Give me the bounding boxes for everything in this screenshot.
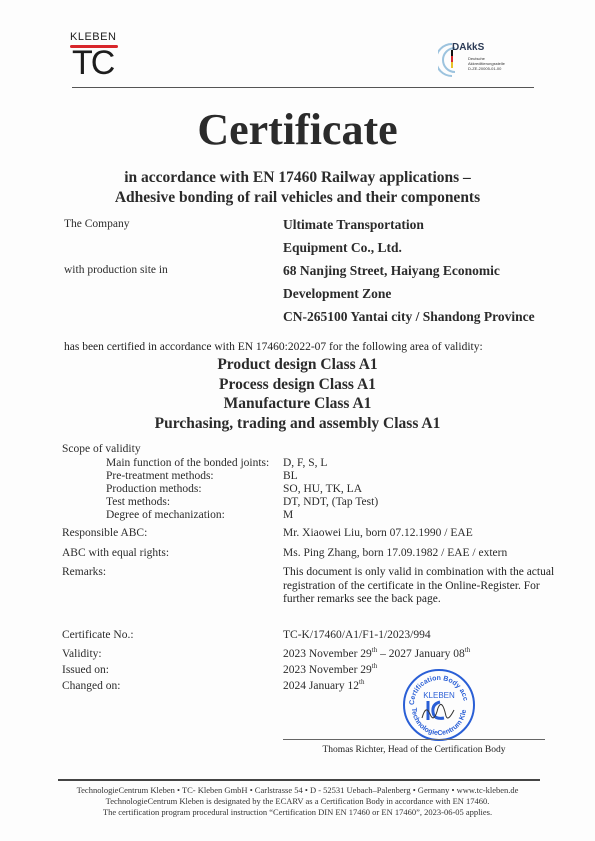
scope-item-value: DT, NDT, (Tap Test) <box>283 496 378 508</box>
changed-label: Changed on: <box>62 680 120 692</box>
issued-date: 2023 November 29 <box>283 664 372 676</box>
responsible-label: Responsible ABC: <box>62 527 147 539</box>
company-name-line-2: Equipment Co., Ltd. <box>283 240 402 256</box>
validity-from: 2023 November 29 <box>283 648 372 660</box>
address-line-1: 68 Nanjing Street, Haiyang Economic <box>283 263 500 279</box>
footer-line-1: TechnologieCentrum Kleben • TC- Kleben G… <box>0 785 595 796</box>
remarks-value: This document is only valid in combinati… <box>283 566 563 607</box>
dakks-line3: D-ZE-20005-01-00 <box>468 66 505 71</box>
footer-divider <box>58 779 540 781</box>
scope-item-value: D, F, S, L <box>283 457 327 469</box>
subtitle-line-2: Adhesive bonding of rail vehicles and th… <box>0 188 595 208</box>
scope-item-label: Degree of mechanization: <box>106 509 225 521</box>
class-item: Product design Class A1 <box>0 355 595 375</box>
equal-rights-value: Ms. Ping Zhang, born 17.09.1982 / EAE / … <box>283 547 507 559</box>
class-item: Purchasing, trading and assembly Class A… <box>0 414 595 434</box>
equal-rights-label: ABC with equal rights: <box>62 547 169 559</box>
footer: TechnologieCentrum Kleben • TC- Kleben G… <box>0 785 595 818</box>
page-title: Certificate <box>0 104 595 155</box>
scope-item-label: Main function of the bonded joints: <box>106 457 269 469</box>
signature-line <box>283 739 545 740</box>
dakks-subtext: Deutsche Akkreditierungsstelle D-ZE-2000… <box>468 56 505 71</box>
class-item: Manufacture Class A1 <box>0 394 595 414</box>
svg-text:KLEBEN: KLEBEN <box>423 691 455 700</box>
validity-to: 2027 January 08 <box>389 648 465 660</box>
certificate-no-value: TC-K/17460/A1/F1-1/2023/994 <box>283 629 431 641</box>
address-line-3: CN-265100 Yantai city / Shandong Provinc… <box>283 309 535 325</box>
scope-item-value: SO, HU, TK, LA <box>283 483 362 495</box>
footer-line-2: TechnologieCentrum Kleben is designated … <box>0 796 595 807</box>
issued-label: Issued on: <box>62 664 109 676</box>
subtitle-line-1: in accordance with EN 17460 Railway appl… <box>0 168 595 188</box>
validity-value: 2023 November 29th – 2027 January 08th <box>283 648 470 660</box>
validity-label: Validity: <box>62 648 102 660</box>
scope-label: Scope of validity <box>62 443 141 455</box>
ordinal: th <box>372 662 377 670</box>
dakks-name: DAkkS <box>452 42 484 53</box>
class-list: Product design Class A1 Process design C… <box>0 355 595 433</box>
changed-value: 2024 January 12th <box>283 680 364 692</box>
tc-logo-mark: TC <box>72 44 113 83</box>
certificate-no-label: Certificate No.: <box>62 629 134 641</box>
kleben-logo-word: KLEBEN <box>70 31 116 43</box>
scope-item-label: Pre-treatment methods: <box>106 470 214 482</box>
issued-value: 2023 November 29th <box>283 664 377 676</box>
certification-stamp-icon: Certification Body acc EN 17460 Technolo… <box>402 668 476 742</box>
scope-item-value: M <box>283 509 293 521</box>
signer-name: Thomas Richter, Head of the Certificatio… <box>283 745 545 755</box>
subtitle: in accordance with EN 17460 Railway appl… <box>0 168 595 208</box>
footer-line-3: The certification program procedural ins… <box>0 807 595 818</box>
remarks-label: Remarks: <box>62 566 106 578</box>
address-line-2: Development Zone <box>283 286 391 302</box>
company-name-line-1: Ultimate Transportation <box>283 217 424 233</box>
certified-statement: has been certified in accordance with EN… <box>64 341 483 353</box>
company-label: The Company <box>64 218 129 230</box>
scope-item-value: BL <box>283 470 298 482</box>
class-item: Process design Class A1 <box>0 375 595 395</box>
scope-item-label: Production methods: <box>106 483 202 495</box>
ordinal: th <box>359 678 364 686</box>
header-divider <box>72 87 534 88</box>
ordinal: th <box>465 646 470 654</box>
scope-item-label: Test methods: <box>106 496 170 508</box>
changed-date: 2024 January 12 <box>283 680 359 692</box>
separator: – <box>377 648 389 660</box>
responsible-value: Mr. Xiaowei Liu, born 07.12.1990 / EAE <box>283 527 473 539</box>
site-label: with production site in <box>64 264 168 276</box>
